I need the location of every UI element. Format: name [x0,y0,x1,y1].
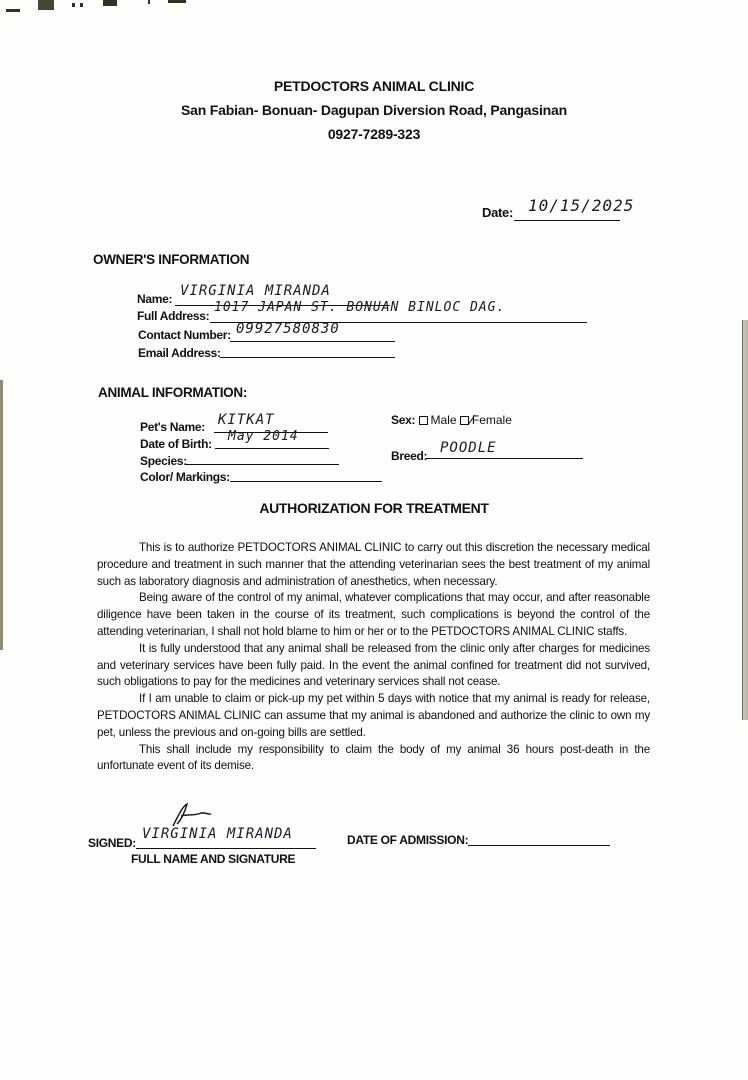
sex-option-female[interactable]: Female [460,413,512,427]
owner-contact-field[interactable]: 09927580830 [236,321,340,337]
clinic-address: San Fabian- Bonuan- Dagupan Diversion Ro… [0,102,748,118]
pet-name-label: Pet's Name: [140,420,205,434]
color-markings-label: Color/ Markings: [140,470,230,484]
dob-label: Date of Birth: [140,437,212,451]
admission-date-label: DATE OF ADMISSION: [347,833,468,847]
scan-artifact-top [0,0,260,14]
male-checkbox[interactable] [419,416,428,425]
authorization-heading: AUTHORIZATION FOR TREATMENT [0,500,748,516]
authorization-paragraph: It is fully understood that any animal s… [97,641,650,691]
species-label: Species: [140,454,187,468]
paper-edge [742,320,748,720]
authorization-paragraph: Being aware of the control of my animal,… [97,590,650,640]
owner-contact-line [230,341,395,342]
authorization-body: This is to authorize PETDOCTORS ANIMAL C… [97,540,650,775]
owner-section-heading: OWNER'S INFORMATION [93,252,249,267]
animal-section-heading: ANIMAL INFORMATION: [98,385,247,400]
pet-name-field[interactable]: KITKAT [218,412,275,428]
owner-email-label: Email Address: [138,346,221,360]
owner-name-label: Name: [137,292,172,306]
breed-label: Breed: [391,449,427,463]
date-field[interactable]: 10/15/2025 [528,196,634,215]
sex-option-male[interactable]: Male [419,413,457,427]
sex-label: Sex: [391,413,415,427]
date-label: Date: [482,205,513,220]
female-checkbox[interactable] [460,416,469,425]
breed-line [426,458,583,459]
signed-name-field[interactable]: VIRGINIA MIRANDA [142,826,293,842]
owner-email-line[interactable] [220,357,395,358]
owner-address-field[interactable]: 1017 JAPAN ST. BONUAN BINLOC DAG. [214,300,505,315]
date-line [514,220,620,221]
species-line[interactable] [186,464,339,465]
authorization-paragraph: If I am unable to claim or pick-up my pe… [97,691,650,741]
signature-caption: FULL NAME AND SIGNATURE [131,852,295,866]
sex-field: Sex: Male Female [391,413,512,427]
authorization-paragraph: This shall include my responsibility to … [97,742,650,776]
owner-contact-label: Contact Number: [138,328,231,342]
signed-label: SIGNED: [88,836,136,850]
dob-line [215,448,329,449]
owner-address-label: Full Address: [137,309,209,323]
breed-field[interactable]: POODLE [440,440,497,456]
clinic-phone: 0927-7289-323 [0,126,748,142]
dob-field[interactable]: May 2014 [228,429,299,444]
color-markings-line[interactable] [230,481,382,482]
clinic-name: PETDOCTORS ANIMAL CLINIC [0,78,748,94]
owner-name-field[interactable]: VIRGINIA MIRANDA [180,283,331,299]
admission-date-line[interactable] [468,845,610,846]
authorization-paragraph: This is to authorize PETDOCTORS ANIMAL C… [97,540,650,590]
signature-line [136,848,316,849]
